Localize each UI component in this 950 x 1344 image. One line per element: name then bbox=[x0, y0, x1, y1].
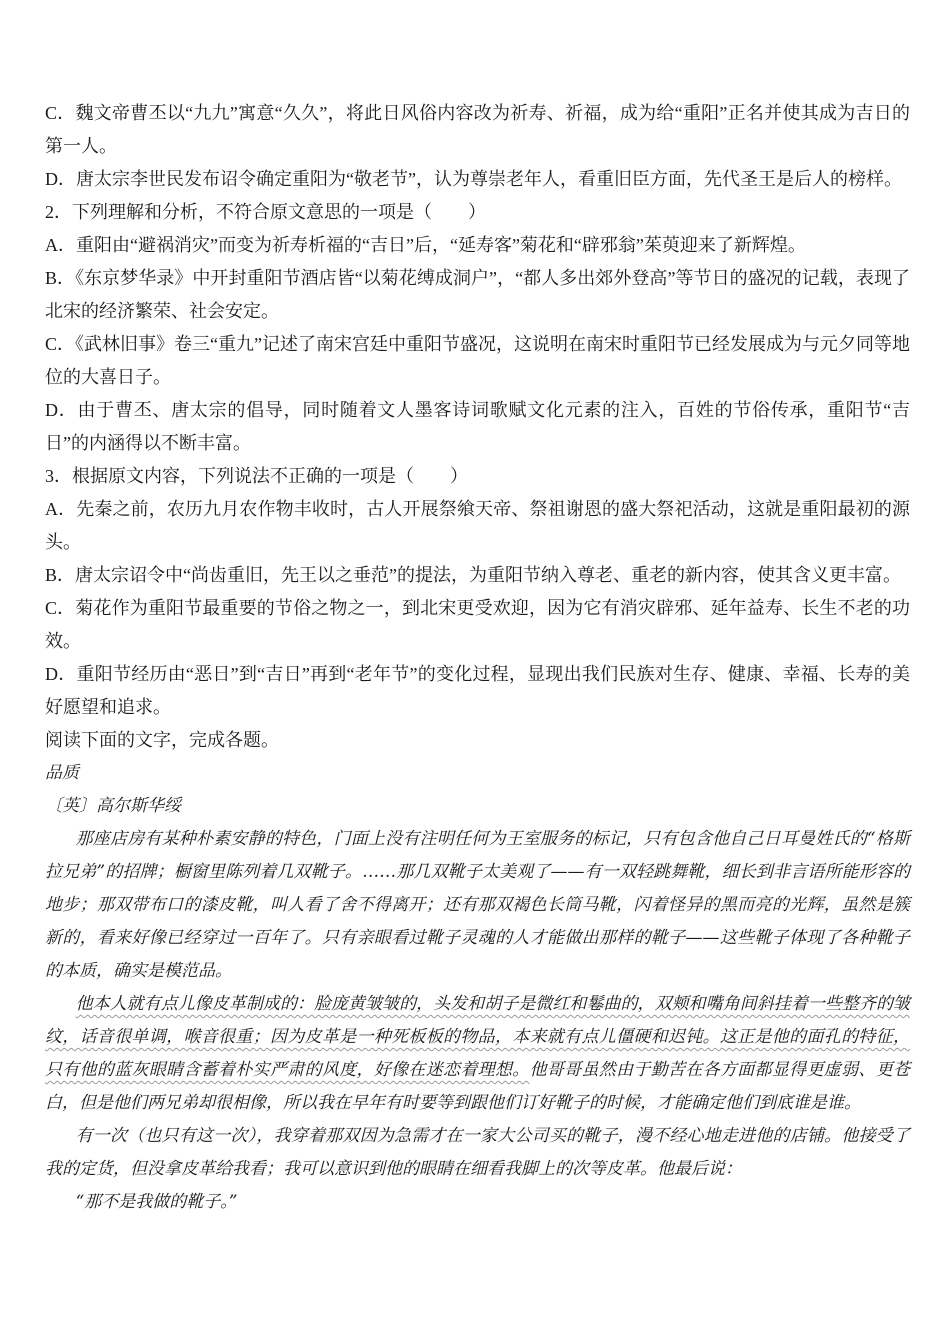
passage-paragraph-2: 他本人就有点儿像皮革制成的：脸庞黄皱皱的，头发和胡子是微红和鬈曲的，双颊和嘴角间… bbox=[45, 988, 910, 1120]
q3-option-d: D．重阳节经历由“恶日”到“吉日”再到“老年节”的变化过程，显现出我们民族对生存… bbox=[45, 658, 910, 724]
q3-option-c: C．菊花作为重阳节最重要的节俗之物之一，到北宋更受欢迎，因为它有消灾辟邪、延年益… bbox=[45, 592, 910, 658]
passage-paragraph-4: “那不是我做的靴子。” bbox=[45, 1186, 910, 1219]
passage-author: 〔英〕高尔斯华绥 bbox=[45, 790, 910, 823]
passage-title: 品质 bbox=[45, 757, 910, 790]
passage-paragraph-3: 有一次（也只有这一次），我穿着那双因为急需才在一家大公司买的靴子，漫不经心地走进… bbox=[45, 1120, 910, 1186]
q2-stem: 2．下列理解和分析，不符合原文意思的一项是（ ） bbox=[45, 196, 910, 229]
q2-option-a: A．重阳由“避祸消灾”而变为祈寿析福的“吉日”后，“延寿客”菊花和“辟邪翁”茱萸… bbox=[45, 229, 910, 262]
q3-option-a: A．先秦之前，农历九月农作物丰收时，古人开展祭飨天帝、祭祖谢恩的盛大祭祀活动，这… bbox=[45, 493, 910, 559]
passage-paragraph-1: 那座店房有某种朴素安静的特色，门面上没有注明任何为王室服务的标记，只有包含他自己… bbox=[45, 823, 910, 988]
q1-option-c: C．魏文帝曹丕以“九九”寓意“久久”，将此日风俗内容改为祈寿、祈福，成为给“重阳… bbox=[45, 97, 910, 163]
reading-instruction: 阅读下面的文字，完成各题。 bbox=[45, 724, 910, 757]
q1-option-d: D．唐太宗李世民发布诏令确定重阳为“敬老节”，认为尊崇老年人，看重旧臣方面，先代… bbox=[45, 163, 910, 196]
q2-option-c: C．《武林旧事》卷三“重九”记述了南宋宫廷中重阳节盛况，这说明在南宋时重阳节已经… bbox=[45, 328, 910, 394]
q2-option-d: D．由于曹丕、唐太宗的倡导，同时随着文人墨客诗词歌赋文化元素的注入，百姓的节俗传… bbox=[45, 394, 910, 460]
exam-document-page: C．魏文帝曹丕以“九九”寓意“久久”，将此日风俗内容改为祈寿、祈福，成为给“重阳… bbox=[0, 0, 950, 1344]
q3-stem: 3．根据原文内容，下列说法不正确的一项是（ ） bbox=[45, 460, 910, 493]
q2-option-b: B．《东京梦华录》中开封重阳节酒店皆“以菊花缚成洞户”，“都人多出郊外登高”等节… bbox=[45, 262, 910, 328]
q3-option-b: B．唐太宗诏令中“尚齿重旧，先王以之垂范”的提法，为重阳节纳入尊老、重老的新内容… bbox=[45, 559, 910, 592]
